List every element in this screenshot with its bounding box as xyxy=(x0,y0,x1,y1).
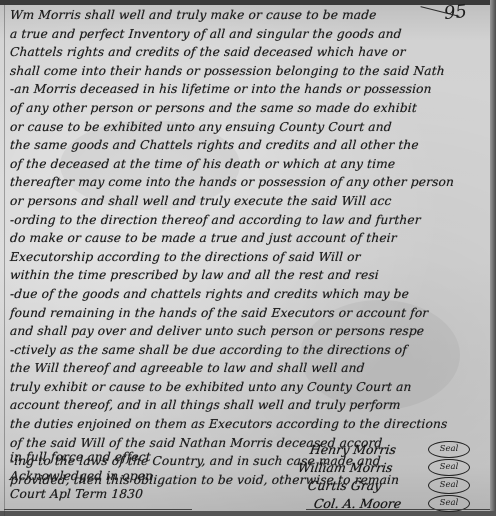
text-line: thereafter may come into the hands or po… xyxy=(9,173,480,192)
closing-notes: in full force and effect Acknowledged in… xyxy=(10,448,153,504)
bond-body-text: Wm Morris shall well and truly make or c… xyxy=(10,6,480,489)
court-term-line: Court Apl Term 1830 xyxy=(9,485,153,504)
text-line: -an Morris deceased in his lifetime or i… xyxy=(9,80,480,99)
margin-rule xyxy=(4,0,5,516)
text-line: shall come into their hands or possessio… xyxy=(9,62,480,81)
scan-right-edge xyxy=(490,0,496,516)
acknowledgement-line: Acknowledged in open xyxy=(9,467,153,486)
text-line: found remaining in the hands of the said… xyxy=(9,304,480,323)
closing-line: in full force and effect xyxy=(9,448,153,467)
signature-name: William Morris xyxy=(297,460,394,475)
signature-row: Henry Morris Seal xyxy=(290,440,490,458)
bottom-rule xyxy=(4,509,192,510)
text-line: the duties enjoined on them as Executors… xyxy=(9,415,480,434)
signature-name: Curtis Gray xyxy=(307,478,383,493)
signature-row: William Morris Seal xyxy=(290,458,490,476)
text-line: the Will thereof and agreeable to law an… xyxy=(9,359,480,378)
text-line: the same goods and Chattels rights and c… xyxy=(9,136,480,155)
seal-icon: Seal xyxy=(428,441,470,458)
text-line: truly exhibit or cause to be exhibited u… xyxy=(9,378,480,397)
text-line: or persons and shall well and truly exec… xyxy=(9,192,480,211)
text-line: -ctively as the same shall be due accord… xyxy=(9,341,480,360)
text-line: do make or cause to be made a true and j… xyxy=(9,229,480,248)
text-line: Executorship according to the directions… xyxy=(9,248,480,267)
text-line: Chattels rights and credits of the said … xyxy=(9,43,480,62)
signature-row: Curtis Gray Seal xyxy=(290,476,490,494)
ledger-page: 95 Wm Morris shall well and truly make o… xyxy=(0,0,496,516)
text-line: of the deceased at the time of his death… xyxy=(9,155,480,174)
text-line: within the time prescribed by law and al… xyxy=(9,266,480,285)
seal-icon: Seal xyxy=(428,477,470,494)
bottom-rule xyxy=(306,509,490,510)
text-line: -due of the goods and chattels rights an… xyxy=(9,285,480,304)
scan-top-edge xyxy=(0,0,496,5)
text-line: a true and perfect Inventory of all and … xyxy=(9,25,480,44)
seal-icon: Seal xyxy=(428,459,470,476)
text-line: and shall pay over and deliver unto such… xyxy=(9,322,480,341)
text-line: of any other person or persons and the s… xyxy=(9,99,480,118)
signature-name: Henry Morris xyxy=(309,442,397,457)
signature-block: Henry Morris Seal William Morris Seal Cu… xyxy=(290,440,490,512)
text-line: account thereof, and in all things shall… xyxy=(9,396,480,415)
text-line: -ording to the direction thereof and acc… xyxy=(9,211,480,230)
text-line: or cause to be exhibited unto any ensuin… xyxy=(9,118,480,137)
text-line: Wm Morris shall well and truly make or c… xyxy=(9,6,480,25)
